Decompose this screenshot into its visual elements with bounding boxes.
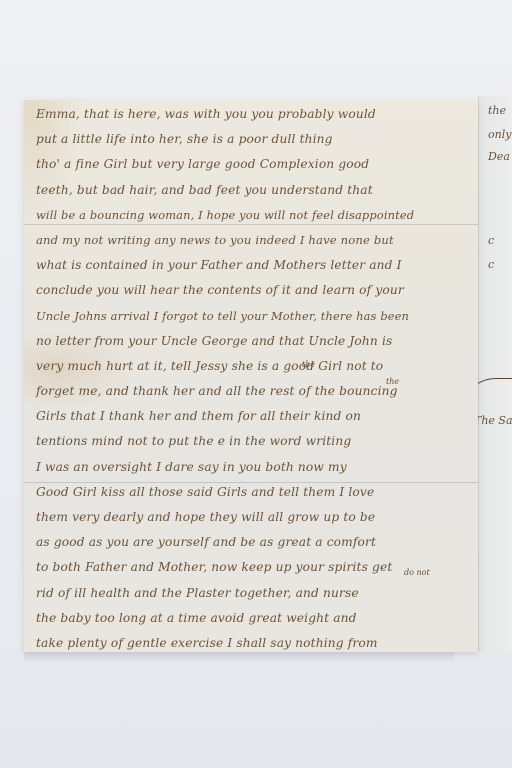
adjacent-page-fragment: the — [488, 104, 506, 117]
text-line: teeth, but bad hair, and bad feet you un… — [36, 178, 476, 203]
adjacent-page-fragment: only — [488, 128, 511, 141]
text-line: as good as you are yourself and be as gr… — [36, 530, 476, 555]
text-line: conclude you will hear the contents of i… — [36, 278, 476, 303]
text-line: rid of ill health and the Plaster togeth… — [36, 581, 476, 606]
interlinear-insertion: the — [386, 377, 399, 386]
text-line: what is contained in your Father and Mot… — [36, 253, 476, 278]
text-line: the baby too long at a time avoid great … — [36, 606, 476, 631]
text-line: tho' a fine Girl but very large good Com… — [36, 152, 476, 177]
adjacent-page-fragment: Dea — [488, 150, 510, 163]
text-line: tentions mind not to put the e in the wo… — [36, 429, 476, 454]
text-line: Good Girl kiss all those said Girls and … — [36, 480, 476, 505]
interlinear-insertion: the — [302, 360, 315, 369]
text-line: I was an oversight I dare say in you bot… — [36, 455, 476, 480]
text-line: take plenty of gentle exercise I shall s… — [36, 631, 476, 656]
text-line: put a little life into her, she is a poo… — [36, 127, 476, 152]
adjacent-page — [478, 96, 512, 651]
text-line: Girls that I thank her and them for all … — [36, 404, 476, 429]
text-line: them very dearly and hope they will all … — [36, 505, 476, 530]
text-line: Emma, that is here, was with you you pro… — [36, 102, 476, 127]
adjacent-page-fragment: c — [488, 258, 494, 271]
interlinear-insertion: do not — [404, 568, 430, 577]
text-line: no letter from your Uncle George and tha… — [36, 329, 476, 354]
text-line: will be a bouncing woman, I hope you wil… — [36, 203, 476, 228]
adjacent-page-fragment: c — [488, 234, 494, 247]
text-line: forget me, and thank her and all the res… — [36, 379, 476, 404]
text-line: Uncle Johns arrival I forgot to tell you… — [36, 304, 476, 329]
text-line: very much hurt at it, tell Jessy she is … — [36, 354, 476, 379]
text-line: and my not writing any news to you indee… — [36, 228, 476, 253]
